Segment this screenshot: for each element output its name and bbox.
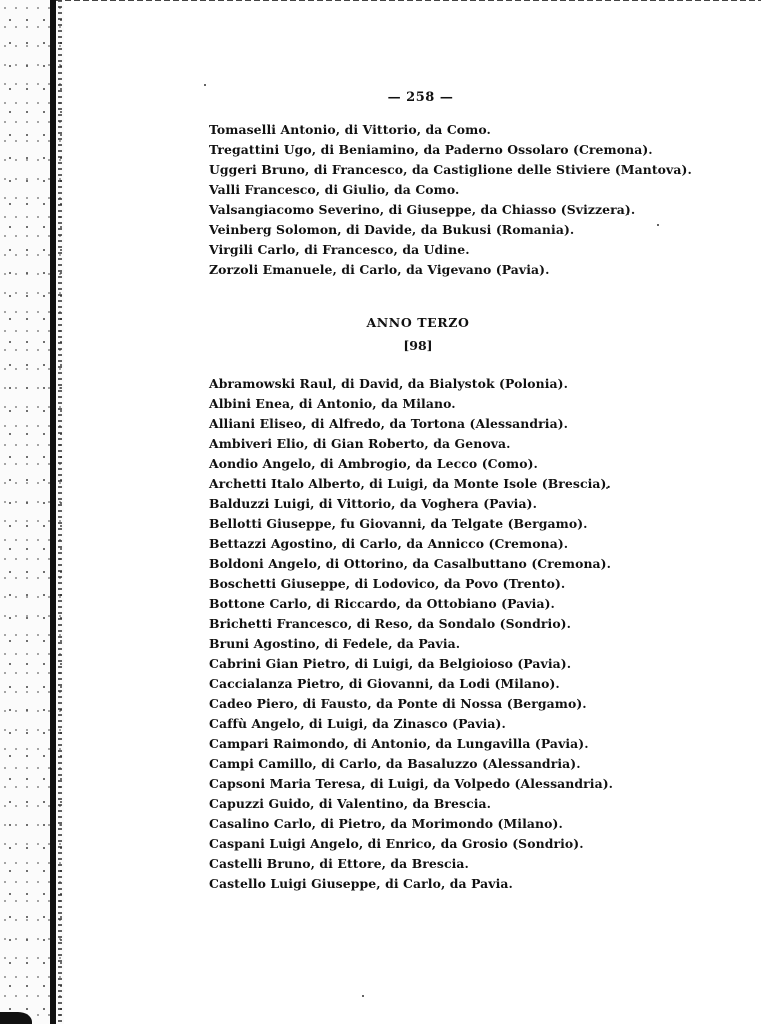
section-heading: ANNO TERZO — [0, 315, 761, 330]
scan-speck — [204, 84, 206, 86]
list-item: Casalino Carlo, di Pietro, da Morimondo … — [209, 814, 613, 834]
list-item: Bruni Agostino, di Fedele, da Pavia. — [209, 634, 613, 654]
list-item: Valsangiacomo Severino, di Giuseppe, da … — [209, 200, 692, 220]
section-count: [98] — [0, 338, 761, 353]
book-spine-shadow — [50, 0, 56, 1024]
list-item: Boldoni Angelo, di Ottorino, da Casalbut… — [209, 554, 613, 574]
list-item: Castelli Bruno, di Ettore, da Brescia. — [209, 854, 613, 874]
list-item: Brichetti Francesco, di Reso, da Sondalo… — [209, 614, 613, 634]
list-item: Abramowski Raul, di David, da Bialystok … — [209, 374, 613, 394]
continued-student-list: Tomaselli Antonio, di Vittorio, da Como.… — [209, 120, 692, 280]
scan-speck — [362, 995, 364, 997]
list-item: Bottone Carlo, di Riccardo, da Ottobiano… — [209, 594, 613, 614]
list-item: Caspani Luigi Angelo, di Enrico, da Gros… — [209, 834, 613, 854]
list-item: Tregattini Ugo, di Beniamino, da Paderno… — [209, 140, 692, 160]
list-item: Capuzzi Guido, di Valentino, da Brescia. — [209, 794, 613, 814]
list-item: Uggeri Bruno, di Francesco, da Castiglio… — [209, 160, 692, 180]
list-item: Capsoni Maria Teresa, di Luigi, da Volpe… — [209, 774, 613, 794]
list-item: Virgili Carlo, di Francesco, da Udine. — [209, 240, 692, 260]
list-item: Campi Camillo, di Carlo, da Basaluzzo (A… — [209, 754, 613, 774]
scan-speck — [606, 487, 608, 489]
list-item: Boschetti Giuseppe, di Lodovico, da Povo… — [209, 574, 613, 594]
list-item: Caffù Angelo, di Luigi, da Zinasco (Pavi… — [209, 714, 613, 734]
list-item: Albini Enea, di Antonio, da Milano. — [209, 394, 613, 414]
list-item: Zorzoli Emanuele, di Carlo, da Vigevano … — [209, 260, 692, 280]
list-item: Aondio Angelo, di Ambrogio, da Lecco (Co… — [209, 454, 613, 474]
list-item: Cadeo Piero, di Fausto, da Ponte di Noss… — [209, 694, 613, 714]
anno-terzo-student-list: Abramowski Raul, di David, da Bialystok … — [209, 374, 613, 894]
list-item: Alliani Eliseo, di Alfredo, da Tortona (… — [209, 414, 613, 434]
spine-edge-noise — [58, 0, 62, 1024]
list-item: Bettazzi Agostino, di Carlo, da Annicco … — [209, 534, 613, 554]
scan-speck — [657, 224, 659, 226]
list-item: Tomaselli Antonio, di Vittorio, da Como. — [209, 120, 692, 140]
page-top-edge — [56, 0, 761, 1]
list-item: Balduzzi Luigi, di Vittorio, da Voghera … — [209, 494, 613, 514]
list-item: Campari Raimondo, di Antonio, da Lungavi… — [209, 734, 613, 754]
list-item: Castello Luigi Giuseppe, di Carlo, da Pa… — [209, 874, 613, 894]
list-item: Cabrini Gian Pietro, di Luigi, da Belgio… — [209, 654, 613, 674]
list-item: Bellotti Giuseppe, fu Giovanni, da Telga… — [209, 514, 613, 534]
list-item: Ambiveri Elio, di Gian Roberto, da Genov… — [209, 434, 613, 454]
scan-speck — [627, 213, 629, 215]
scan-corner-blot — [0, 1012, 32, 1024]
list-item: Archetti Italo Alberto, di Luigi, da Mon… — [209, 474, 613, 494]
list-item: Valli Francesco, di Giulio, da Como. — [209, 180, 692, 200]
list-item: Veinberg Solomon, di Davide, da Bukusi (… — [209, 220, 692, 240]
page-number: — 258 — — [0, 90, 761, 105]
list-item: Caccialanza Pietro, di Giovanni, da Lodi… — [209, 674, 613, 694]
